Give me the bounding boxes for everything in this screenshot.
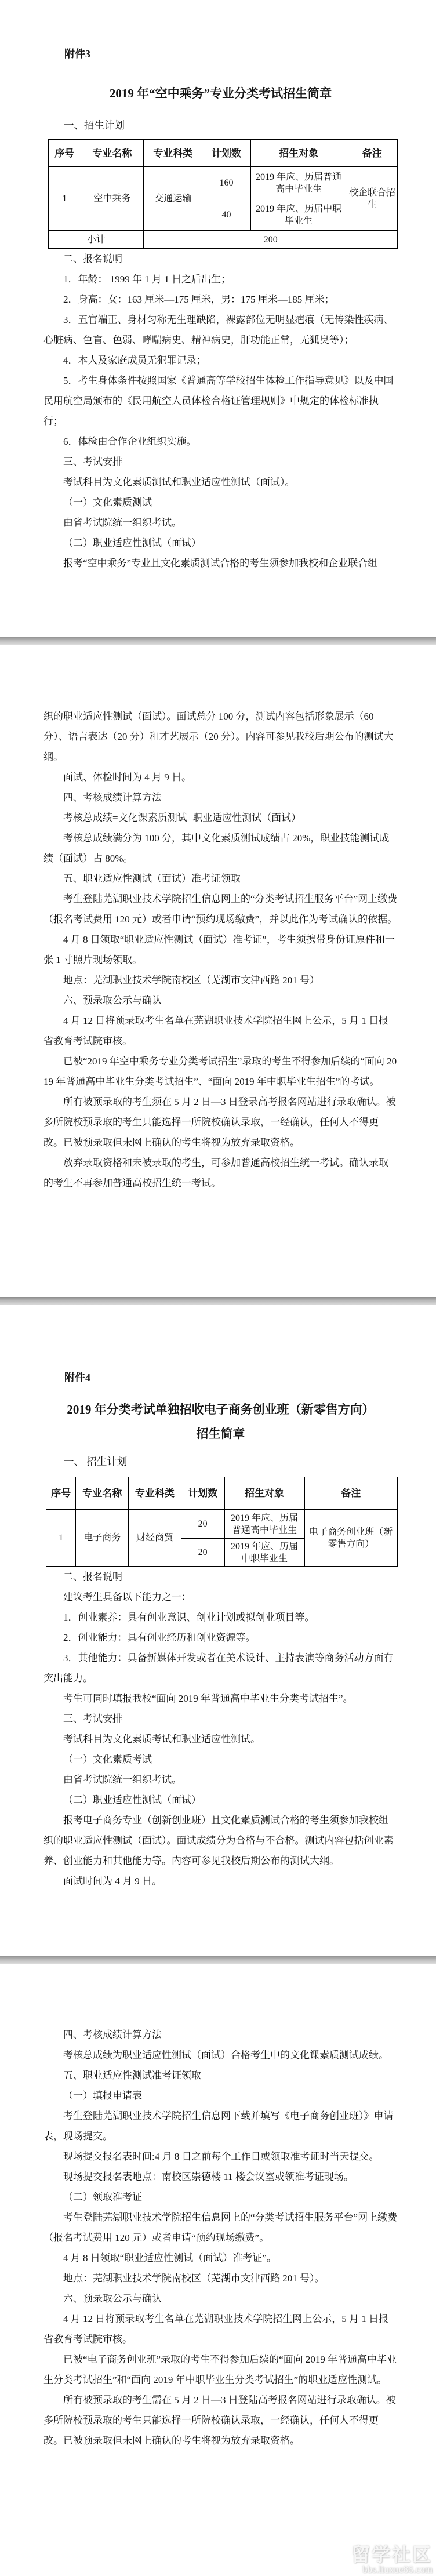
enrollment-plan-table: 序号 专业名称 专业科类 计划数 招生对象 备注 1 电子商务 财经商贸 20 … bbox=[46, 1477, 398, 1567]
page-1: 附件3 2019 年“空中乘务”专业分类考试招生简章 一、招生计划 序号 专业名… bbox=[0, 0, 436, 637]
page-3: 附件4 2019 年分类考试单独招收电子商务创业班（新零售方向） 招生简章 一、… bbox=[0, 1305, 436, 1956]
cell-plan: 40 bbox=[202, 199, 250, 231]
cell-plan: 20 bbox=[181, 1510, 224, 1539]
paragraph: 6．体检由合作企业组织实施。 bbox=[43, 431, 398, 452]
paragraph: 3．其他能力：具备新媒体开发或者在美术设计、主持表演等商务活动方面有突出能力。 bbox=[43, 1648, 398, 1688]
paragraph: 放弃录取资格和未被录取的考生，可参加普通高校招生统一考试。确认录取的考生不再参加… bbox=[43, 1153, 398, 1193]
cell-plan: 20 bbox=[181, 1539, 224, 1567]
paragraph: 所有被预录取的考生需在 5 月 2 日—3 日登陆高考报名网站进行录取确认。被多… bbox=[43, 2390, 398, 2451]
paragraph: 织的职业适应性测试（面试）。面试总分 100 分，测试内容包括形象展示（60 分… bbox=[43, 706, 398, 767]
col-header: 专业科类 bbox=[144, 140, 202, 167]
paragraph: 2．身高：女：163 厘米—175 厘米，男：175 厘米—185 厘米； bbox=[43, 289, 398, 310]
paragraph: 考生登陆芜湖职业技术学院招生信息网上的“分类考试招生服务平台”网上缴费（报名考试… bbox=[43, 889, 398, 929]
paragraph: 4 月 8 日领取“职业适应性测试（面试）准考证”。 bbox=[43, 2248, 398, 2268]
col-header: 招生对象 bbox=[224, 1477, 304, 1510]
paragraph: 由省考试院统一组织考试。 bbox=[43, 513, 398, 533]
paragraph: 4 月 12 日将预录取考生名单在芜湖职业技术学院招生网上公示，5 月 1 日报… bbox=[43, 2309, 398, 2349]
cell-category: 交通运输 bbox=[144, 167, 202, 231]
sub-heading: （一）文化素质测试 bbox=[43, 492, 398, 513]
section-heading: 三、考试安排 bbox=[43, 452, 398, 472]
paragraph: 2．创业能力：具有创业经历和创业资源等。 bbox=[43, 1627, 398, 1648]
watermark: 留学社区 bbs.liuxue86.com bbox=[351, 2545, 433, 2575]
cell-remark: 电子商务创业班（新零售方向） bbox=[304, 1510, 397, 1567]
col-header: 序号 bbox=[49, 140, 81, 167]
sub-heading: （二）领取准考证 bbox=[43, 2187, 398, 2207]
col-header: 专业科类 bbox=[129, 1477, 181, 1510]
paragraph: 4．本人及家庭成员无犯罪记录； bbox=[43, 350, 398, 370]
paragraph: 已被“电子商务创业班”录取的考生不得参加后续的“面向 2019 年普通高中毕业生… bbox=[43, 2349, 398, 2390]
paragraph: 3．五官端正、身材匀称无生理缺陷，裸露部位无明显疤痕（无传染性疾病、心脏病、色盲… bbox=[43, 310, 398, 350]
paragraph: 4 月 8 日领取“职业适应性测试（面试）准考证”，考生须携带身份证原件和一张 … bbox=[43, 929, 398, 970]
cell-remark: 校企联合招生 bbox=[347, 167, 397, 231]
sub-heading: （一）填报申请表 bbox=[43, 2085, 398, 2106]
paragraph: 现场提交报名表时间:4 月 8 日之前每个工作日或领取准考证时当天提交。 bbox=[43, 2146, 398, 2167]
watermark-brand: 留学社区 bbox=[351, 2545, 433, 2564]
page-separator bbox=[0, 637, 436, 645]
paragraph: 考核总成绩为职业适应性测试（面试）合格考生中的文化课素质测试成绩。 bbox=[43, 2045, 398, 2065]
section-heading-plan: 一、招生计划 bbox=[43, 115, 398, 136]
section-heading: 六、预录取公示与确认 bbox=[43, 2288, 398, 2309]
doc-title: 2019 年“空中乘务”专业分类考试招生简章 bbox=[43, 81, 398, 106]
page-2: 织的职业适应性测试（面试）。面试总分 100 分，测试内容包括形象展示（60 分… bbox=[0, 645, 436, 1297]
paragraph: 考试科目为文化素质测试和职业适应性测试（面试）。 bbox=[43, 472, 398, 492]
subtotal-label: 小计 bbox=[49, 231, 144, 249]
paragraph: 由省考试院统一组织考试。 bbox=[43, 1770, 398, 1790]
col-header: 备注 bbox=[304, 1477, 397, 1510]
section-heading: 五、职业适应性测试（面试）准考证领取 bbox=[43, 869, 398, 889]
section-heading: 四、考核成绩计算方法 bbox=[43, 2025, 398, 2045]
col-header: 专业名称 bbox=[76, 1477, 129, 1510]
attachment-label: 附件3 bbox=[43, 44, 398, 64]
section-heading: 二、报名说明 bbox=[43, 1567, 398, 1587]
sub-heading: （一）文化素质考试 bbox=[43, 1749, 398, 1770]
paragraph: 报考“空中乘务”专业且文化素质测试合格的考生须参加我校和企业联合组 bbox=[43, 553, 398, 573]
cell-no: 1 bbox=[46, 1510, 76, 1567]
sub-heading: （二）职业适应性测试（面试） bbox=[43, 1790, 398, 1810]
subtotal-value: 200 bbox=[144, 231, 398, 249]
table-header-row: 序号 专业名称 专业科类 计划数 招生对象 备注 bbox=[49, 140, 398, 167]
page-separator bbox=[0, 1297, 436, 1305]
section-heading: 二、报名说明 bbox=[43, 249, 398, 269]
table-header-row: 序号 专业名称 专业科类 计划数 招生对象 备注 bbox=[46, 1477, 398, 1510]
paragraph: 考试科目为文化素质考试和职业适应性测试。 bbox=[43, 1729, 398, 1749]
col-header: 序号 bbox=[46, 1477, 76, 1510]
cell-plan: 160 bbox=[202, 167, 250, 199]
paragraph: 考生登陆芜湖职业技术学院招生信息网下载并填写《电子商务创业班）》申请表，现场提交… bbox=[43, 2106, 398, 2146]
sub-heading: （二）职业适应性测试（面试） bbox=[43, 533, 398, 553]
paragraph: 1．创业素养：具有创业意识、创业计划或拟创业项目等。 bbox=[43, 1607, 398, 1627]
doc-title-line-1: 2019 年分类考试单独招收电子商务创业班（新零售方向） bbox=[43, 1397, 398, 1422]
paragraph: 面试时间为 4 月 9 日。 bbox=[43, 1871, 398, 1891]
cell-major: 空中乘务 bbox=[81, 167, 144, 231]
table-subtotal-row: 小计 200 bbox=[49, 231, 398, 249]
cell-target: 2019 年应、历届中职毕业生 bbox=[224, 1539, 304, 1567]
page-separator bbox=[0, 1956, 436, 1964]
col-header: 专业名称 bbox=[81, 140, 144, 167]
paragraph: 考核总成绩=文化课素质测试+职业适应性测试（面试） bbox=[43, 808, 398, 828]
paragraph: 已被“2019 年空中乘务专业分类考试招生”录取的考生不得参加后续的“面向 20… bbox=[43, 1051, 398, 1092]
table-row: 1 空中乘务 交通运输 160 2019 年应、历届普通高中毕业生 校企联合招生 bbox=[49, 167, 398, 199]
paragraph: 地点：芜湖职业技术学院南校区（芜湖市文津西路 201 号） bbox=[43, 970, 398, 990]
paragraph: 面试、体检时间为 4 月 9 日。 bbox=[43, 767, 398, 787]
paragraph: 考核总成绩满分为 100 分，其中文化素质测试成绩占 20%，职业技能测试成绩（… bbox=[43, 828, 398, 869]
enrollment-plan-table: 序号 专业名称 专业科类 计划数 招生对象 备注 1 空中乘务 交通运输 160… bbox=[48, 139, 398, 249]
col-header: 计划数 bbox=[202, 140, 250, 167]
paragraph: 考生登陆芜湖职业技术学院招生信息网上的“分类考试招生服务平台”网上缴费（报名考试… bbox=[43, 2207, 398, 2248]
paragraph: 考生可同时填报我校“面向 2019 年普通高中毕业生分类考试招生”。 bbox=[43, 1688, 398, 1709]
table-row: 1 电子商务 财经商贸 20 2019 年应、历届普通高中毕业生 电子商务创业班… bbox=[46, 1510, 398, 1539]
cell-major: 电子商务 bbox=[76, 1510, 129, 1567]
cell-target: 2019 年应、历届中职毕业生 bbox=[250, 199, 347, 231]
cell-target: 2019 年应、历届普通高中毕业生 bbox=[250, 167, 347, 199]
paragraph: 建议考生具备以下能力之一： bbox=[43, 1587, 398, 1607]
paragraph: 4 月 12 日将预录取考生名单在芜湖职业技术学院招生网上公示，5 月 1 日报… bbox=[43, 1011, 398, 1051]
cell-category: 财经商贸 bbox=[129, 1510, 181, 1567]
section-heading: 六、预录取公示与确认 bbox=[43, 990, 398, 1011]
paragraph: 1．年龄： 1999 年 1 月 1 日之后出生； bbox=[43, 269, 398, 289]
cell-no: 1 bbox=[49, 167, 81, 231]
watermark-url: bbs.liuxue86.com bbox=[351, 2564, 433, 2575]
paragraph: 地点：芜湖职业技术学院南校区（芜湖市文津西路 201 号）。 bbox=[43, 2268, 398, 2288]
paragraph: 所有被预录取的考生须在 5 月 2 日—3 日登录高考报名网站进行录取确认。被多… bbox=[43, 1092, 398, 1153]
paragraph: 5．考生身体条件按照国家《普通高等学校招生体检工作指导意见》以及中国民用航空局颁… bbox=[43, 370, 398, 431]
section-heading: 四、考核成绩计算方法 bbox=[43, 787, 398, 808]
col-header: 计划数 bbox=[181, 1477, 224, 1510]
col-header: 招生对象 bbox=[250, 140, 347, 167]
page-4: 四、考核成绩计算方法 考核总成绩为职业适应性测试（面试）合格考生中的文化课素质测… bbox=[0, 1964, 436, 2576]
paragraph: 报考电子商务专业（创新创业班）且文化素质测试合格的考生须参加我校组织的职业适应性… bbox=[43, 1810, 398, 1871]
section-heading: 三、考试安排 bbox=[43, 1709, 398, 1729]
attachment-label: 附件4 bbox=[43, 1368, 398, 1388]
col-header: 备注 bbox=[347, 140, 397, 167]
cell-target: 2019 年应、历届普通高中毕业生 bbox=[224, 1510, 304, 1539]
doc-title-line-2: 招生简章 bbox=[43, 1422, 398, 1446]
section-heading: 五、职业适应性测试准考证领取 bbox=[43, 2065, 398, 2085]
section-heading-plan: 一、 招生计划 bbox=[43, 1452, 398, 1472]
paragraph: 现场提交报名表地点：南校区崇德楼 11 楼会议室或领准考证现场。 bbox=[43, 2167, 398, 2187]
